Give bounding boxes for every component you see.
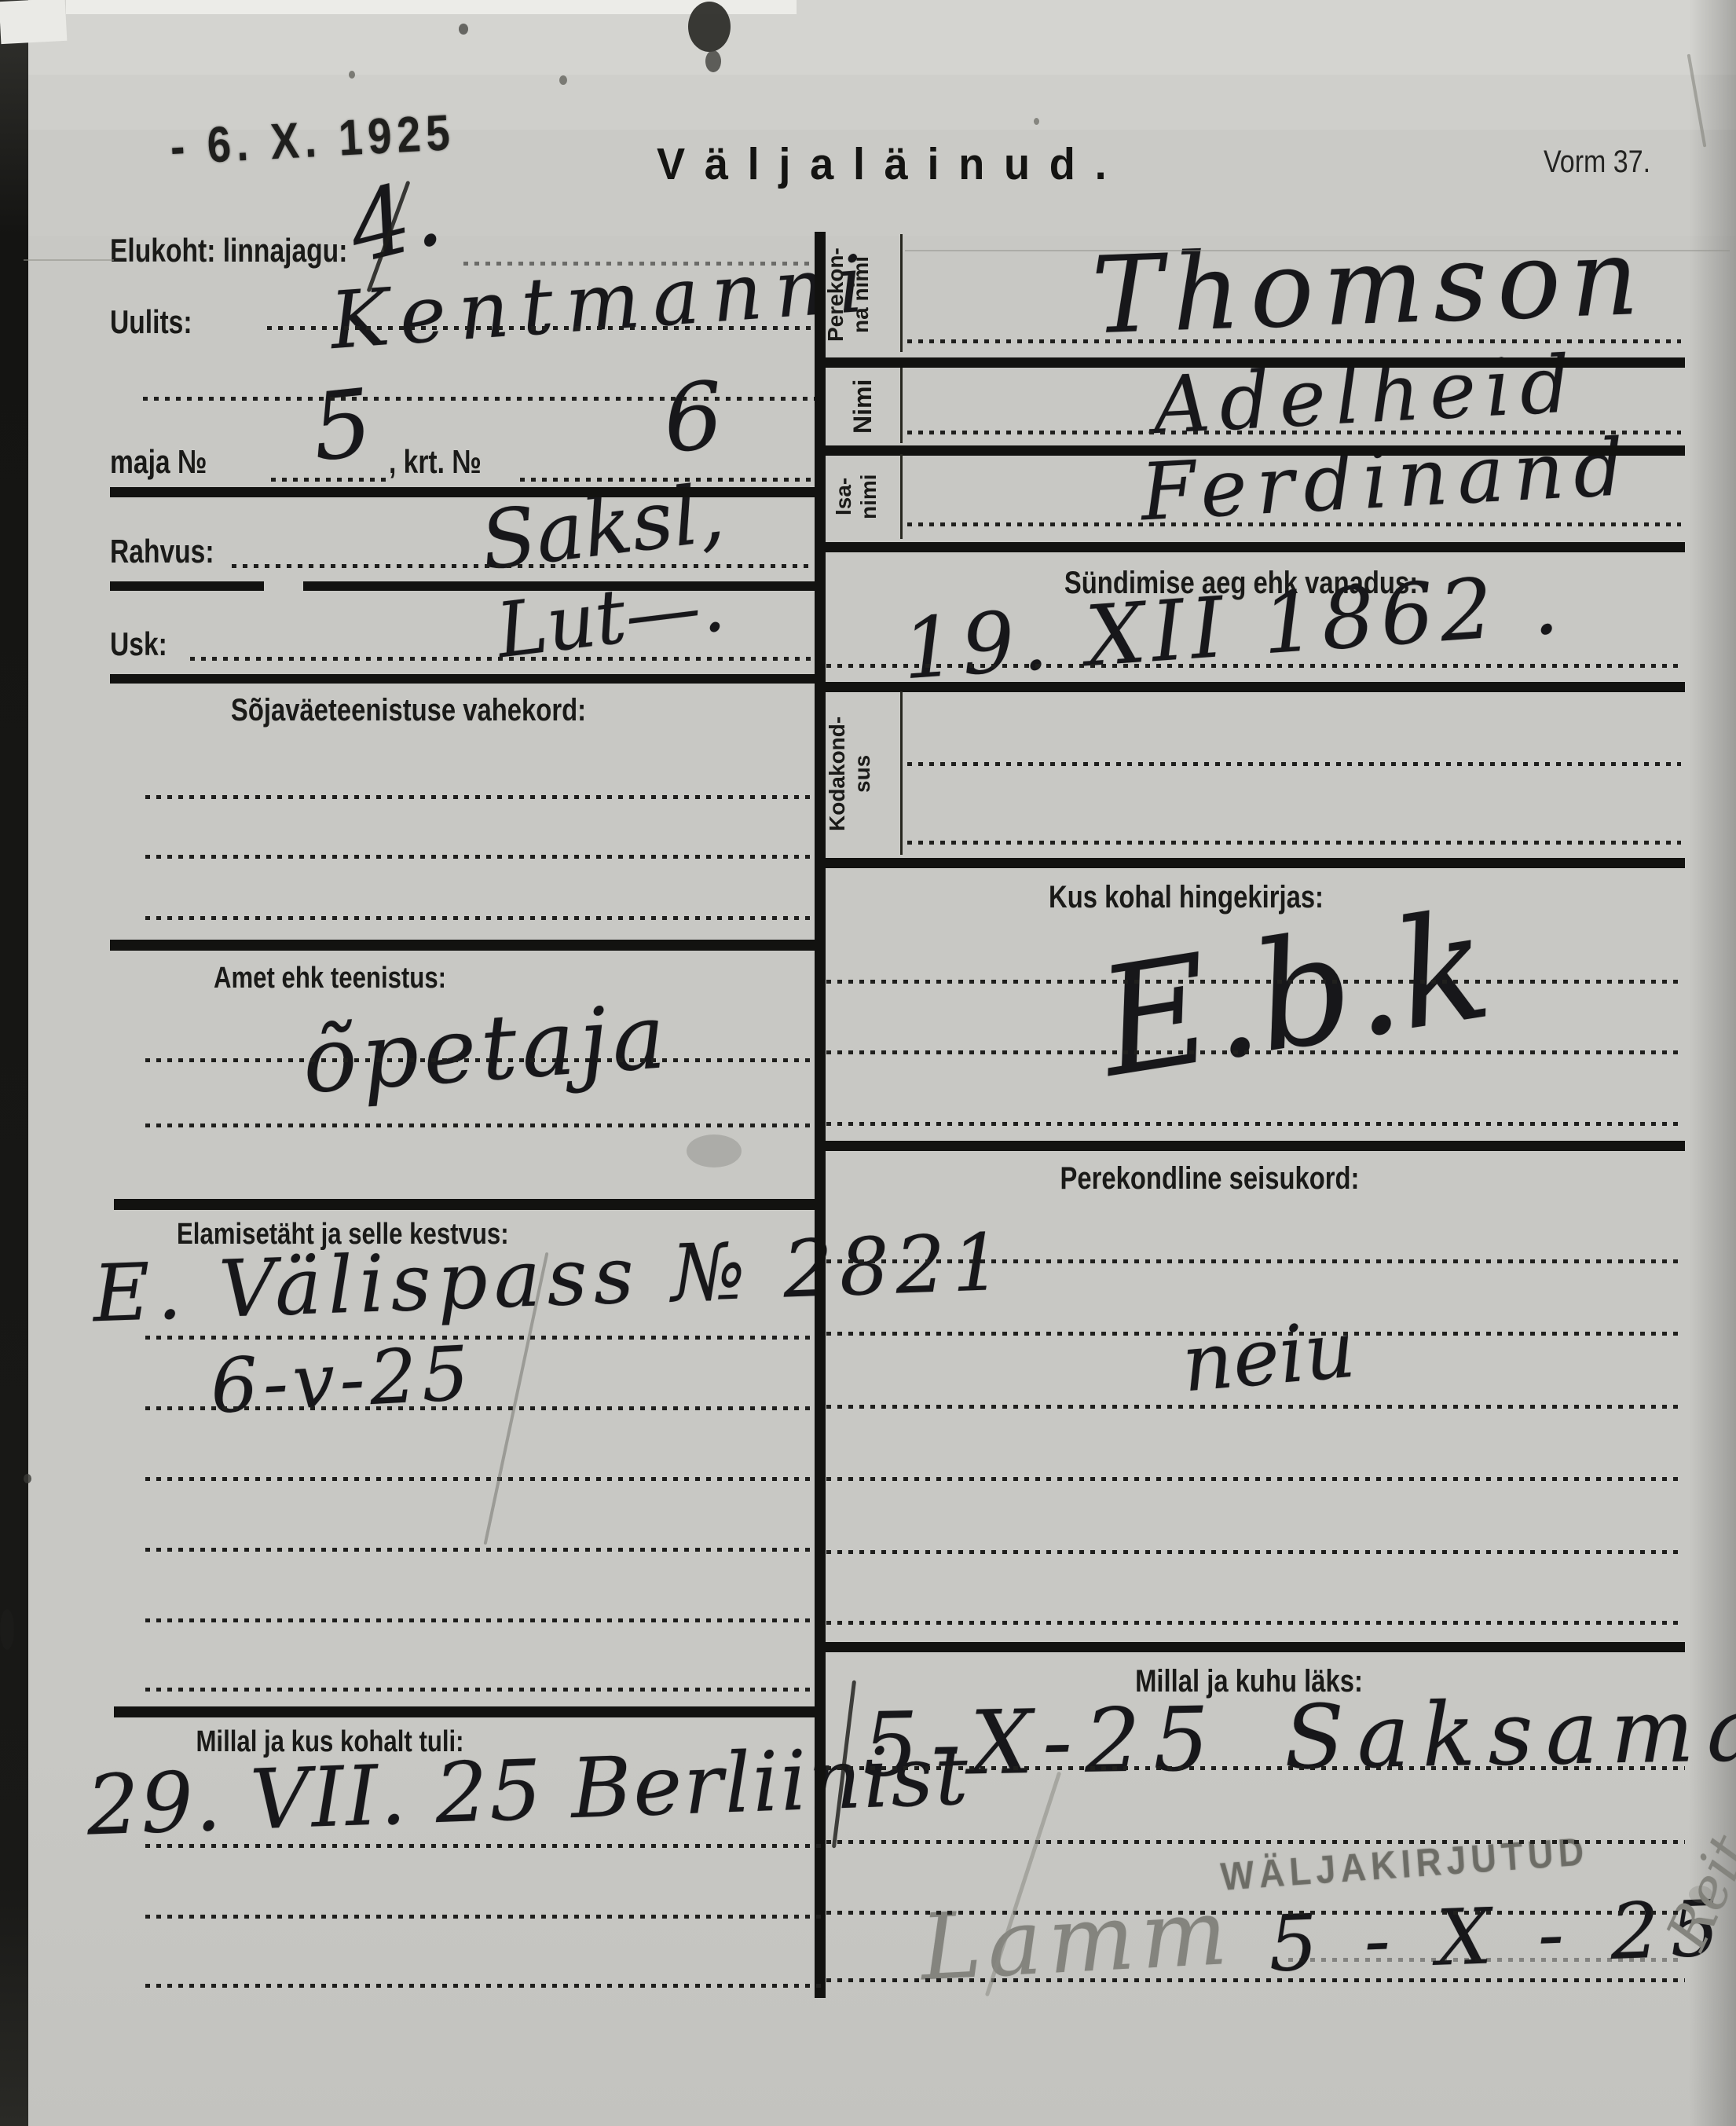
dotted-rule <box>826 980 1684 984</box>
paper-speck <box>0 1609 14 1650</box>
family-name-label: Perekon- na nimi <box>823 236 873 354</box>
dotted-rule <box>145 1915 821 1919</box>
section-rule <box>815 357 1685 368</box>
paper-speck <box>349 71 355 79</box>
paper-speck <box>705 50 721 72</box>
section-rule <box>815 1141 1685 1151</box>
dotted-rule <box>826 1050 1684 1054</box>
section-rule <box>815 682 1685 692</box>
section-rule <box>815 542 1685 552</box>
dotted-rule <box>826 1550 1684 1554</box>
nationality-label: Rahvus: <box>110 533 214 570</box>
occupation-value: õpetaja <box>299 984 673 1113</box>
label-separator-rule <box>900 368 903 443</box>
paper-speck <box>1689 1886 1712 1903</box>
dotted-rule <box>826 1405 1684 1409</box>
dotted-rule <box>145 1844 821 1848</box>
dotted-rule <box>826 1332 1684 1336</box>
dotted-rule <box>145 1688 815 1692</box>
form-number: Vorm 37. <box>1544 145 1650 180</box>
registration-card: - 6. X. 1925 4. Väljaläinud. Vorm 37. El… <box>0 0 1736 2126</box>
dotted-rule <box>145 1618 815 1622</box>
marital-status-value: neiu <box>1178 1303 1358 1410</box>
dotted-rule <box>907 841 1681 845</box>
residence-permit-value-line2: 6-v-25 <box>208 1330 476 1430</box>
dotted-rule <box>271 478 390 482</box>
section-rule <box>110 487 815 497</box>
apartment-no-label: , krt. № <box>389 443 482 481</box>
section-rule <box>114 1706 815 1717</box>
dotted-rule <box>826 1621 1684 1625</box>
dotted-rule <box>826 1122 1684 1126</box>
dotted-rule <box>232 564 815 568</box>
dotted-rule <box>463 262 813 266</box>
scan-corner-white <box>0 0 67 44</box>
residence-label: Elukoht: linnajagu: <box>110 232 347 269</box>
dotted-rule <box>145 855 815 859</box>
section-rule <box>110 674 815 684</box>
dotted-rule <box>145 795 815 799</box>
section-rule <box>815 445 1685 456</box>
dotted-rule <box>267 326 815 330</box>
paper-speck <box>687 1134 742 1167</box>
section-rule <box>303 581 815 591</box>
dotted-rule <box>826 1766 1685 1770</box>
military-service-label: Sõjaväeteenistuse vahekord: <box>203 693 615 728</box>
section-rule <box>110 581 264 591</box>
dotted-rule <box>145 1406 815 1410</box>
dotted-rule <box>145 1984 821 1988</box>
dotted-rule <box>907 431 1681 434</box>
dotted-rule <box>143 397 815 401</box>
paper-speck <box>559 75 567 85</box>
paper-speck <box>24 1474 31 1483</box>
stamp-dotted-line <box>1288 1958 1681 1962</box>
section-rule <box>815 1642 1685 1652</box>
label-separator-rule <box>900 691 903 855</box>
dotted-rule <box>145 1123 815 1127</box>
marital-status-label: Perekondline seisukord: <box>978 1161 1441 1197</box>
column-divider <box>815 232 826 1998</box>
section-rule <box>110 940 815 951</box>
citizenship-label: Kodakond- sus <box>825 693 875 855</box>
official-signature: Lamm <box>918 1879 1236 2002</box>
first-name-label: Nimi <box>848 369 877 443</box>
paper-speck <box>688 2 731 52</box>
dotted-rule <box>826 1978 1685 1982</box>
occupation-label: Amet ehk teenistus: <box>175 962 485 995</box>
dotted-rule <box>145 1058 815 1062</box>
dotted-rule <box>907 762 1681 766</box>
paper-crease <box>24 259 114 261</box>
paper-speck <box>459 24 468 35</box>
family-name-value: Thomson <box>1090 215 1650 358</box>
scan-edge-left <box>0 0 28 2126</box>
religion-label: Usk: <box>110 625 167 663</box>
label-separator-rule <box>900 234 903 352</box>
label-separator-rule <box>900 454 903 539</box>
section-rule <box>114 1199 815 1210</box>
section-rule <box>815 858 1685 868</box>
dotted-rule <box>190 657 815 661</box>
dotted-rule <box>145 1548 815 1552</box>
dotted-rule <box>826 1259 1684 1263</box>
dotted-rule <box>826 1477 1684 1481</box>
father-name-label: Isa- nimi <box>831 454 881 539</box>
dotted-rule <box>907 339 1681 343</box>
dotted-rule <box>145 1336 815 1340</box>
dotted-rule <box>907 522 1681 526</box>
dotted-rule <box>145 1477 815 1481</box>
dotted-rule <box>826 1911 1685 1915</box>
departed-to-value: 5-X-25 Saksamaa <box>862 1677 1736 1797</box>
dotted-rule <box>520 478 815 482</box>
house-no-value: 5 <box>307 368 377 482</box>
house-no-label: maja № <box>110 443 207 481</box>
scan-top-strip <box>66 0 797 14</box>
dotted-rule <box>145 916 815 920</box>
paper-speck <box>1034 118 1039 125</box>
apartment-no-value: 6 <box>660 361 727 474</box>
departure-date-ink: 5 - X - 25 <box>1267 1884 1731 1989</box>
faint-rule <box>905 250 1730 251</box>
dotted-rule <box>826 664 1684 668</box>
street-label: Uulits: <box>110 303 192 341</box>
pen-stroke <box>1687 54 1707 148</box>
written-out-stamp: WÄLJAKIRJUTUD <box>1219 1828 1590 1900</box>
dotted-rule <box>826 1840 1685 1844</box>
page-title: Väljaläinud. <box>657 138 1126 190</box>
